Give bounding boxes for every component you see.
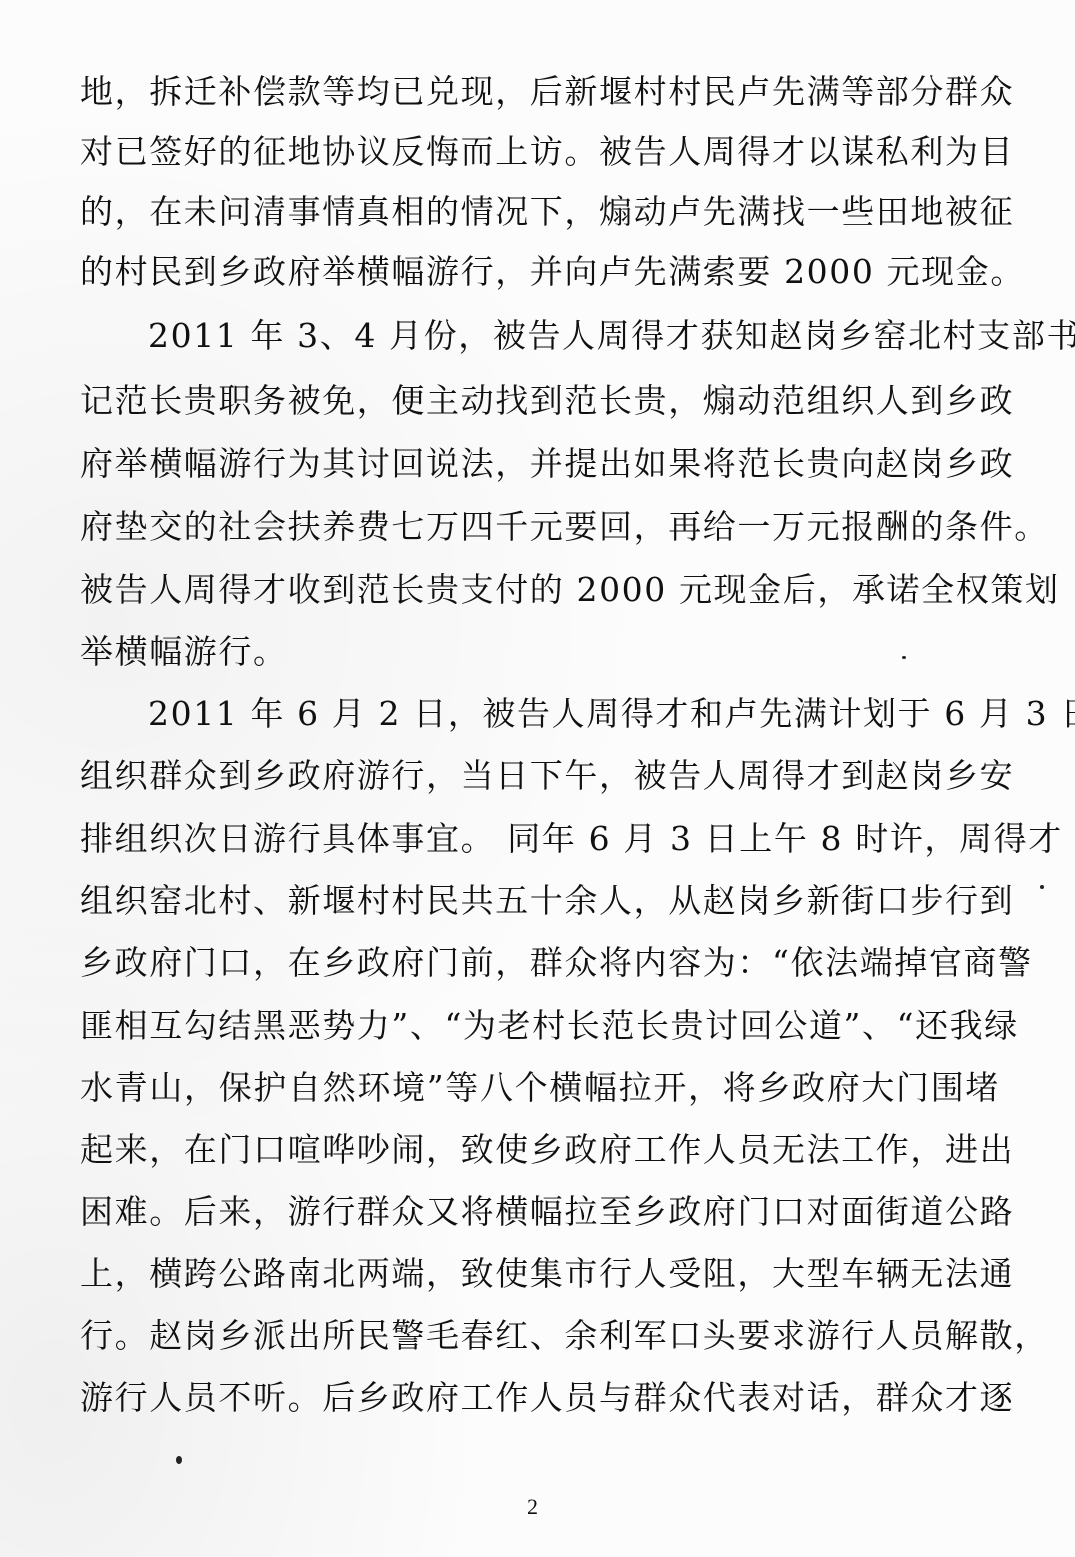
text-line: 府举横幅游行为其讨回说法，并提出如果将范长贵向赵岗乡政 <box>80 444 1000 484</box>
scan-speck <box>902 656 906 659</box>
scan-speck <box>1040 885 1044 889</box>
text-line: 举横幅游行。 <box>80 632 1000 672</box>
scan-speck <box>176 1456 182 1464</box>
text-line: 游行人员不听。后乡政府工作人员与群众代表对话，群众才逐 <box>80 1378 1000 1418</box>
text-line: 被告人周得才收到范长贵支付的 2000 元现金后，承诺全权策划 <box>80 570 1000 610</box>
text-line: 匪相互勾结黑恶势力”、“为老村长范长贵讨回公道”、“还我绿 <box>80 1006 1000 1046</box>
page-number: 2 <box>527 1494 538 1520</box>
text-line: 上，横跨公路南北两端，致使集市行人受阻，大型车辆无法通 <box>80 1254 1000 1294</box>
text-line: 地，拆迁补偿款等均已兑现，后新堰村村民卢先满等部分群众 <box>80 72 1000 112</box>
text-line: 府垫交的社会扶养费七万四千元要回，再给一万元报酬的条件。 <box>80 507 1000 547</box>
text-line: 排组织次日游行具体事宜。 同年 6 月 3 日上午 8 时许，周得才 <box>80 819 1000 859</box>
text-line: 的，在未问清事情真相的情况下，煽动卢先满找一些田地被征 <box>80 192 1000 232</box>
text-line: 水青山，保护自然环境”等八个横幅拉开，将乡政府大门围堵 <box>80 1068 1000 1108</box>
document-page: 地，拆迁补偿款等均已兑现，后新堰村村民卢先满等部分群众 对已签好的征地协议反悔而… <box>0 0 1075 1557</box>
text-line: 2011 年 6 月 2 日，被告人周得才和卢先满计划于 6 月 3 日 <box>148 694 1000 734</box>
text-line: 组织群众到乡政府游行，当日下午，被告人周得才到赵岗乡安 <box>80 756 1000 796</box>
text-line: 2011 年 3、4 月份，被告人周得才获知赵岗乡窑北村支部书 <box>148 316 1000 356</box>
text-line: 对已签好的征地协议反悔而上访。被告人周得才以谋私利为目 <box>80 132 1000 172</box>
text-line: 记范长贵职务被免，便主动找到范长贵，煽动范组织人到乡政 <box>80 381 1000 421</box>
text-line: 行。赵岗乡派出所民警毛春红、余利军口头要求游行人员解散， <box>80 1316 1000 1356</box>
text-line: 乡政府门口，在乡政府门前，群众将内容为：“依法端掉官商警 <box>80 943 1000 983</box>
text-line: 困难。后来，游行群众又将横幅拉至乡政府门口对面街道公路 <box>80 1192 1000 1232</box>
text-line: 起来，在门口喧哗吵闹，致使乡政府工作人员无法工作，进出 <box>80 1130 1000 1170</box>
text-line: 组织窑北村、新堰村村民共五十余人，从赵岗乡新街口步行到 <box>80 881 1000 921</box>
text-line: 的村民到乡政府举横幅游行，并向卢先满索要 2000 元现金。 <box>80 252 1000 292</box>
